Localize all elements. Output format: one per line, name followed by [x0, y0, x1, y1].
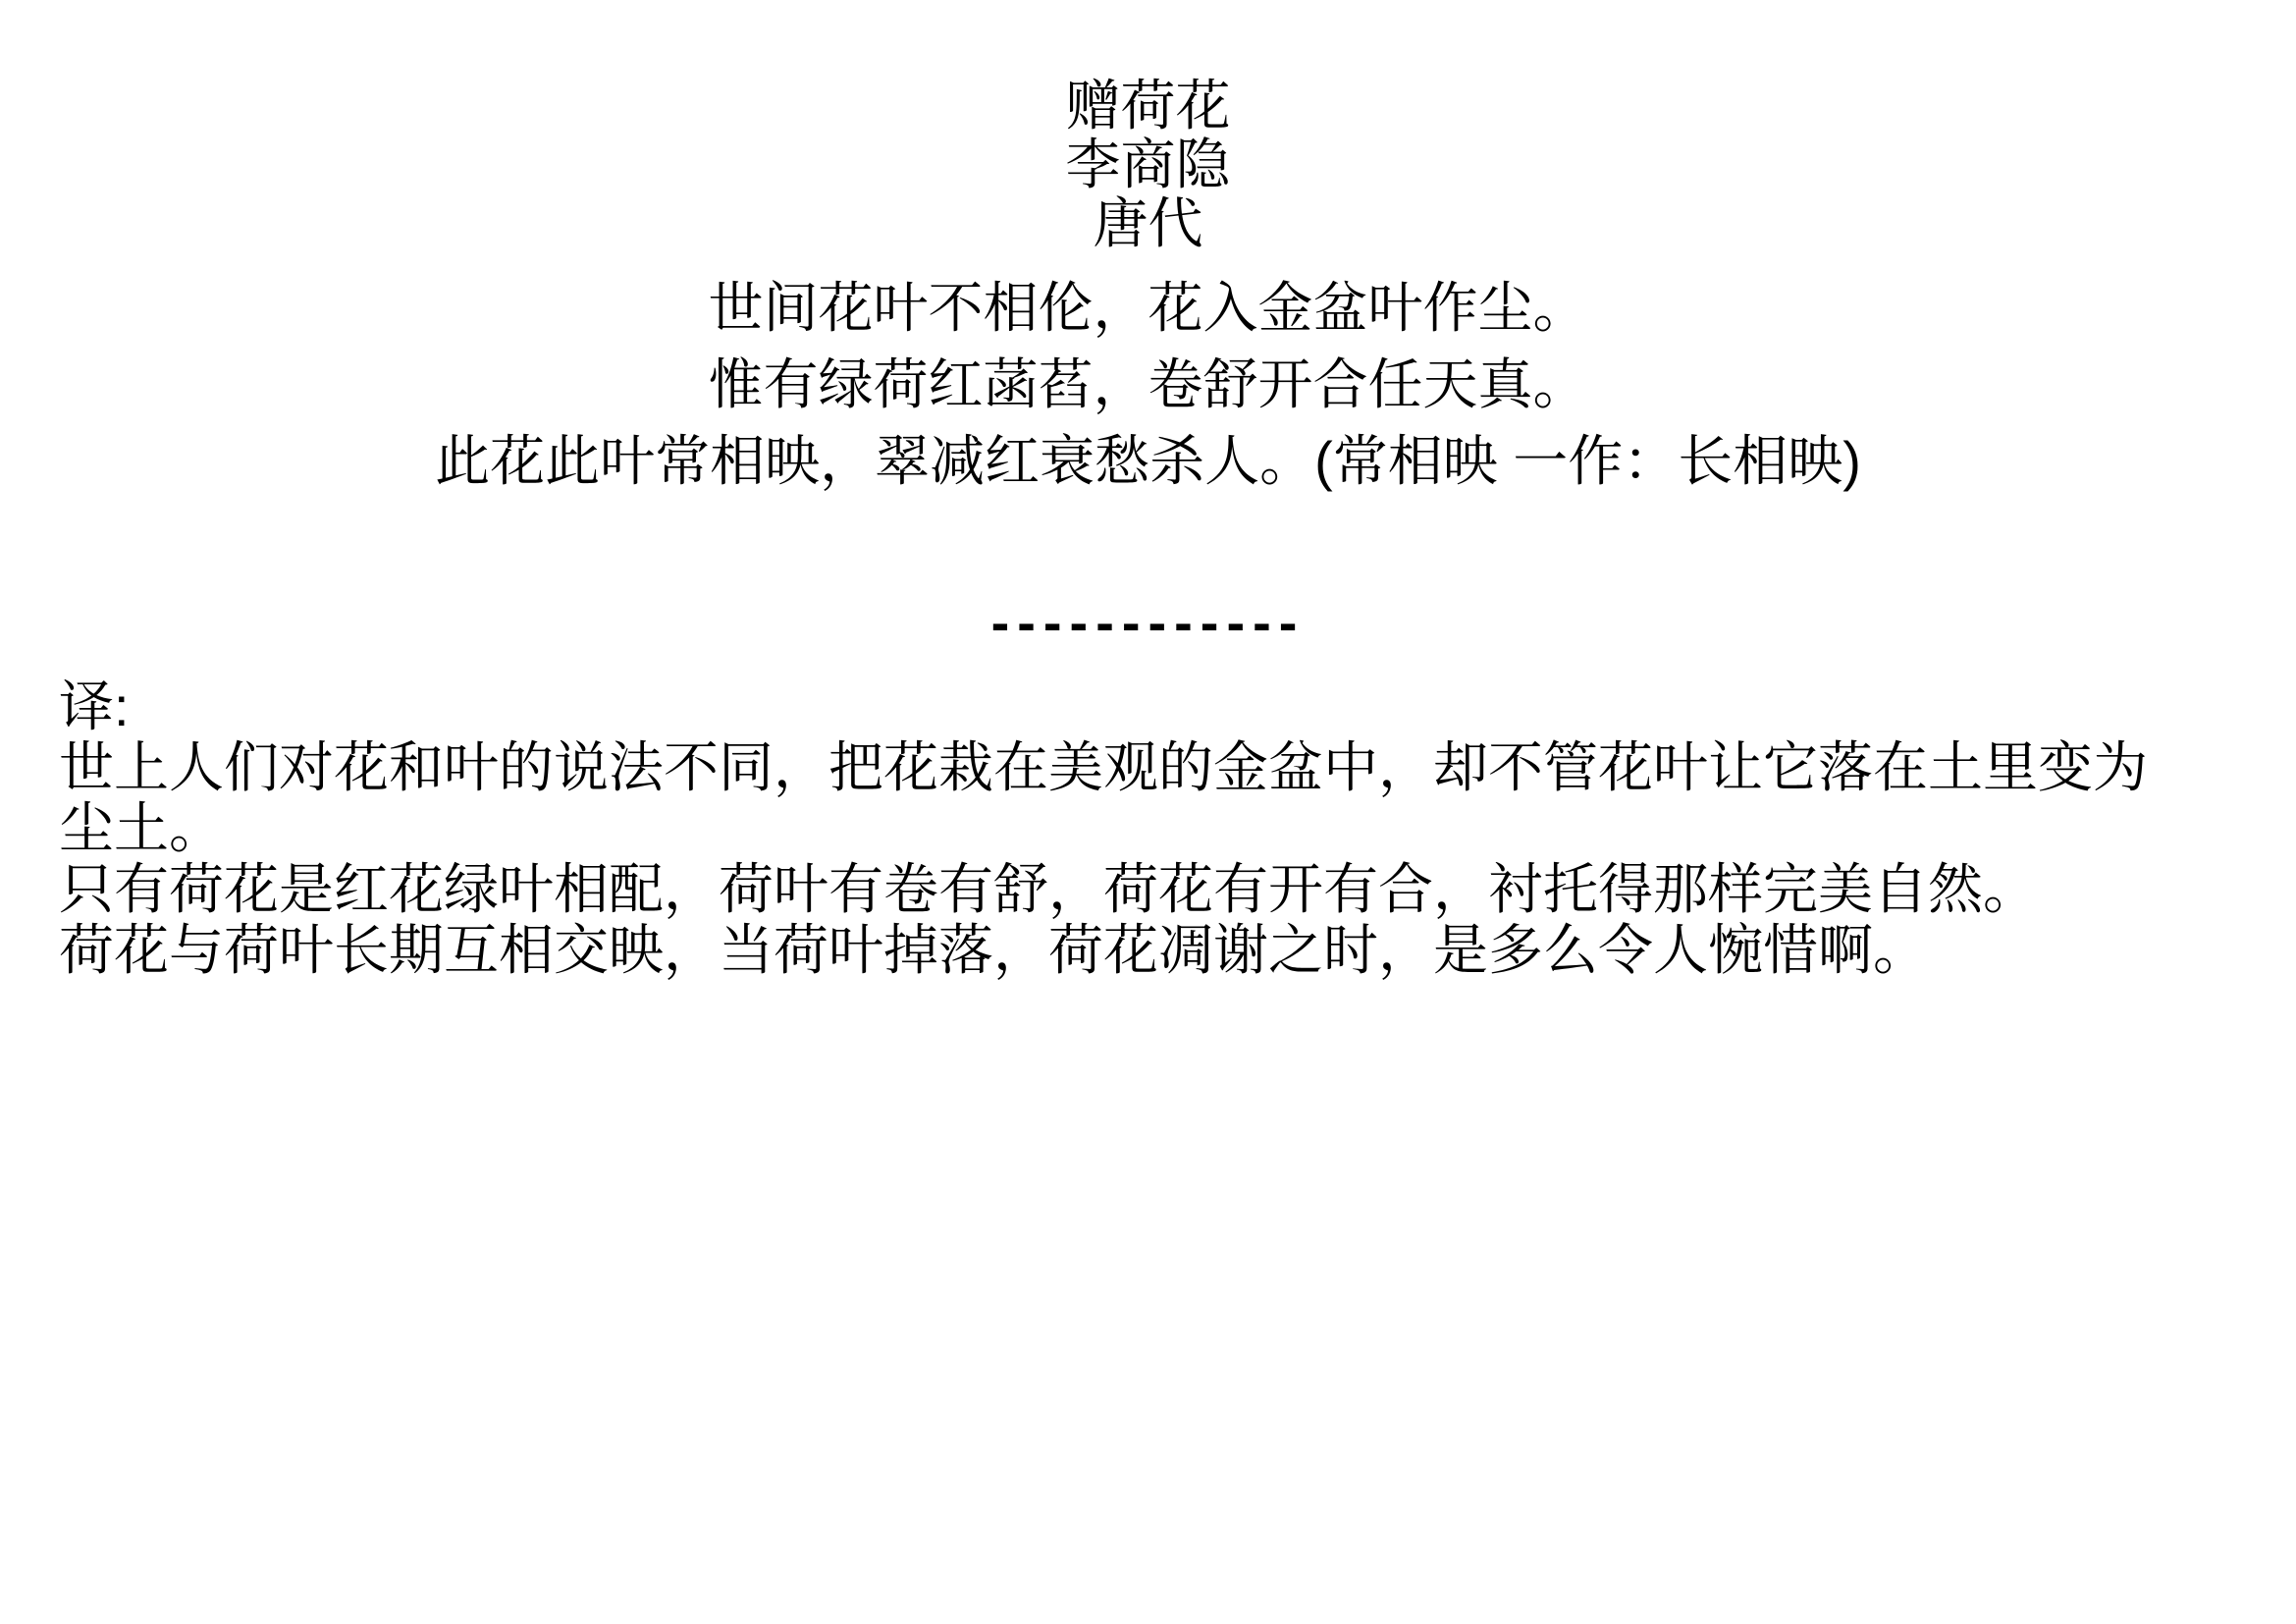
translation-line-2: 只有荷花是红花绿叶相配，荷叶有卷有舒，荷花有开有合，衬托得那样完美自然。 [59, 859, 2169, 920]
document-page: 赠荷花 李商隐 唐代 世间花叶不相伦，花入金盆叶作尘。 惟有绿荷红菡萏，卷舒开合… [0, 0, 2296, 1624]
poem-dynasty: 唐代 [0, 194, 2296, 253]
poem-header: 赠荷花 李商隐 唐代 [0, 77, 2296, 253]
translation-section: 译: 世上人们对花和叶的说法不同，把花栽在美观的金盆中，却不管花叶让它落在土里变… [0, 677, 2169, 981]
section-separator: ------------ [0, 593, 2296, 652]
poem-line-1: 世间花叶不相伦，花入金盆叶作尘。 [0, 279, 2296, 338]
poem-line-2: 惟有绿荷红菡萏，卷舒开合任天真。 [0, 355, 2296, 414]
translation-line-1: 世上人们对花和叶的说法不同，把花栽在美观的金盆中，却不管花叶让它落在土里变为尘土… [59, 737, 2169, 859]
poem-body: 世间花叶不相伦，花入金盆叶作尘。 惟有绿荷红菡萏，卷舒开合任天真。 此花此叶常相… [0, 279, 2296, 491]
translation-label: 译: [59, 677, 2169, 737]
translation-line-3: 荷花与荷叶长期互相交映，当荷叶掉落，荷花凋谢之时，是多么令人惋惜啊。 [59, 920, 2169, 981]
poem-title: 赠荷花 [0, 77, 2296, 135]
poem-author: 李商隐 [0, 135, 2296, 194]
poem-line-3: 此花此叶常相映，翠减红衰愁杀人。(常相映 一作：长相映) [0, 432, 2296, 491]
